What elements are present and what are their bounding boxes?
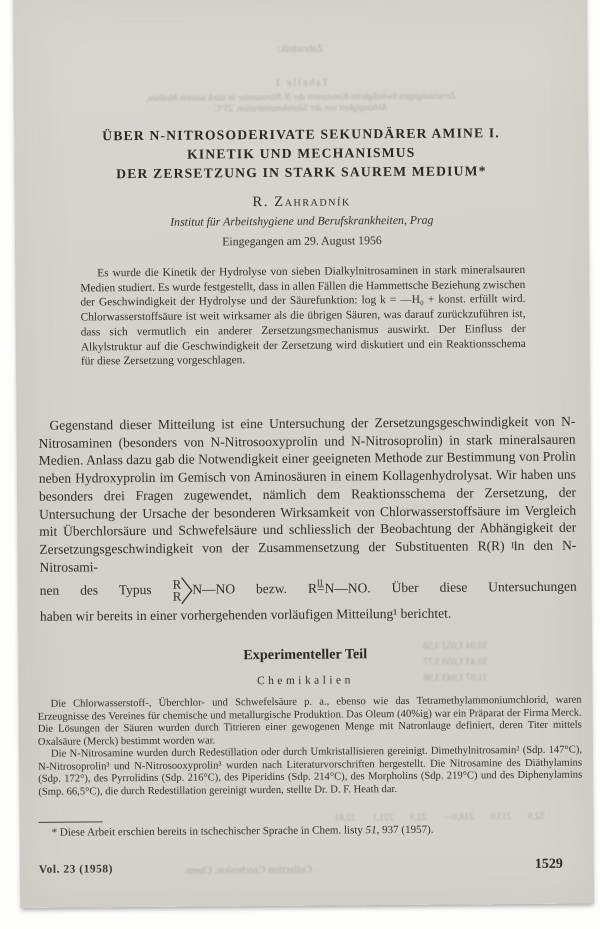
- angle-bracket-icon: [180, 576, 192, 606]
- footnote-rule: [39, 821, 103, 823]
- title-line-3: DER ZERSETZUNG IN STARK SAUREM MEDIUM*: [34, 161, 568, 184]
- author-name: R. Zahradník: [15, 191, 589, 213]
- volume-label: Vol. 23 (1958): [39, 863, 113, 876]
- intro-last-line: haben wir bereits in einer vorhergehende…: [40, 604, 577, 626]
- chemicals-paragraph-1: Die Chlorwasserstoff-, Überchlor- und Sc…: [38, 695, 582, 749]
- bleedthrough-running-head: Zahradník:: [13, 41, 587, 57]
- r2-rest: =N—NO.: [317, 581, 371, 596]
- affiliation: Institut für Arbeitshygiene und Berufskr…: [15, 211, 589, 231]
- received-date: Eingegangen am 29. August 1956: [15, 231, 589, 251]
- bleedthrough-caption-line: Abhängigkeit von der Säurekonzentration,…: [54, 101, 548, 115]
- footnote-volume: 51: [366, 824, 377, 836]
- chemical-structure: RRN—NO: [173, 582, 236, 597]
- footnote-pre: * Diese Arbeit erschien bereits in tsche…: [52, 824, 366, 838]
- abstract-paragraph: Es wurde die Kinetik der Hydrolyse von s…: [80, 263, 526, 369]
- subsection-heading-chemicals: Chemikalien: [18, 672, 592, 689]
- scan-background: Zahradník: Tabelle 1 Zersetzungsgeschwin…: [0, 0, 600, 929]
- introduction-section: Gegenstand dieser Mitteilung ist eine Un…: [38, 413, 577, 626]
- footnote-post: , 937 (1957).: [377, 824, 434, 836]
- paper-page: Zahradník: Tabelle 1 Zersetzungsgeschwin…: [13, 0, 594, 908]
- bleedthrough-caption-line: Zersetzungsgeschwindigkeits-Konstanten d…: [54, 90, 548, 104]
- article-title: ÜBER N-NITROSODERIVATE SEKUNDÄRER AMINE …: [34, 123, 568, 184]
- n-no-group: N—NO: [192, 582, 235, 597]
- section-heading-experimental: Experimenteller Teil: [18, 644, 592, 666]
- chemicals-section: Die Chlorwasserstoff-, Überchlor- und Sc…: [38, 695, 583, 799]
- superscript-II: II: [500, 537, 517, 555]
- superscript-II: II: [317, 575, 323, 593]
- bleedthrough-table-label: Tabelle 1: [14, 75, 588, 91]
- formula-tail-text: Über diese Untersuchungen: [392, 579, 577, 595]
- footnote-text: * Diese Arbeit erschien bereits in tsche…: [39, 823, 583, 840]
- formula-pre-text: nen des Typus: [40, 582, 152, 598]
- intro-paragraph: Gegenstand dieser Mitteilung ist eine Un…: [38, 413, 576, 577]
- chemicals-paragraph-2: Die N-Nitrosamine wurden durch Redestill…: [38, 745, 582, 799]
- intro-text: Gegenstand dieser Mitteilung ist eine Un…: [38, 414, 576, 557]
- r2-base: R: [308, 581, 317, 596]
- formula-bezw: bezw.: [256, 581, 287, 596]
- page-number: 1529: [535, 857, 563, 873]
- r2-formula: RII=N—NO.: [308, 581, 371, 596]
- formula-line: nen des Typus RRN—NO bezw. RII=N—NO. Übe…: [40, 573, 577, 607]
